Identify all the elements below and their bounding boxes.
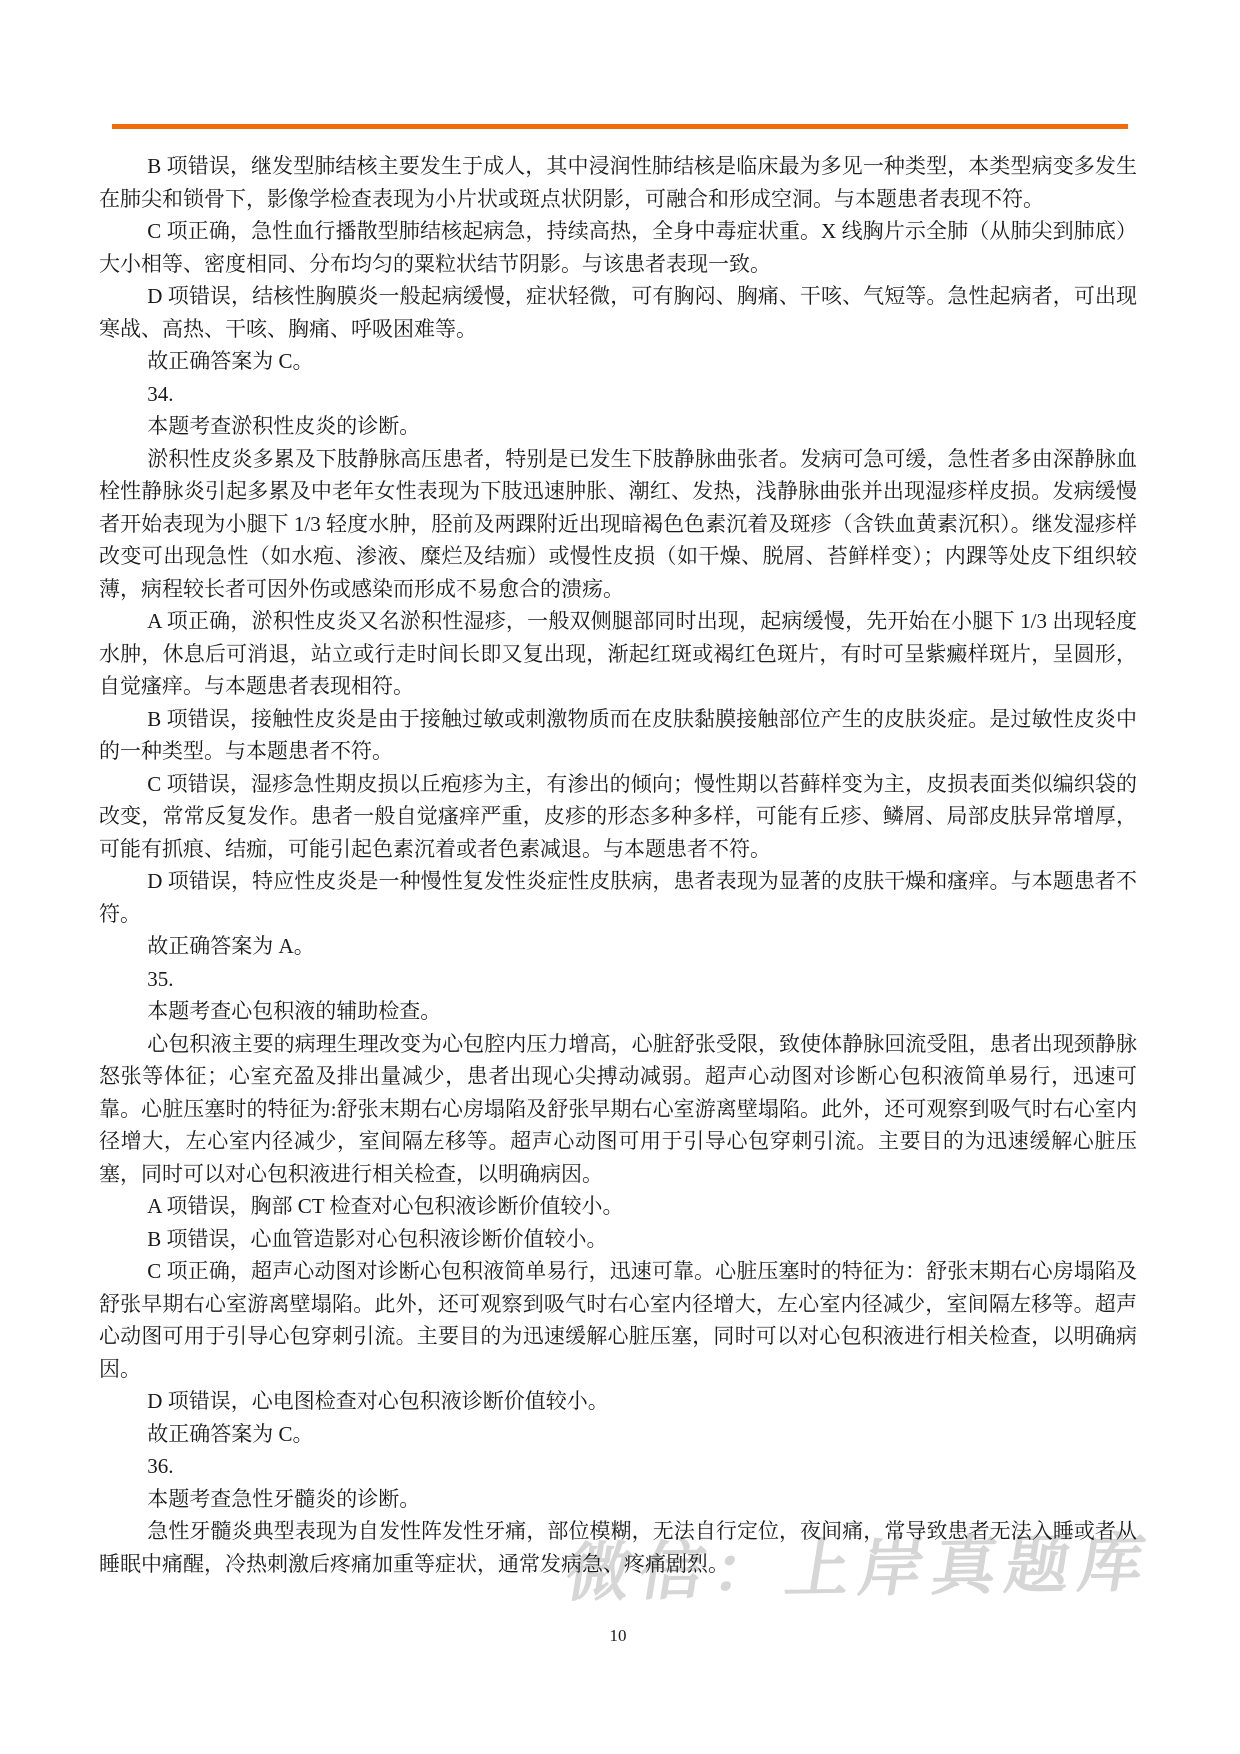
paragraph: 34. bbox=[99, 378, 1137, 411]
paragraph: 本题考查心包积液的辅助检查。 bbox=[99, 995, 1137, 1028]
paragraph: C 项正确，超声心动图对诊断心包积液简单易行，迅速可靠。心脏压塞时的特征为：舒张… bbox=[99, 1255, 1137, 1385]
paragraph: 36. bbox=[99, 1450, 1137, 1483]
paragraph: 故正确答案为 C。 bbox=[99, 345, 1137, 378]
paragraph: 本题考查急性牙髓炎的诊断。 bbox=[99, 1483, 1137, 1516]
paragraph: 35. bbox=[99, 963, 1137, 996]
paragraph: D 项错误，心电图检查对心包积液诊断价值较小。 bbox=[99, 1385, 1137, 1418]
paragraph: D 项错误，特应性皮炎是一种慢性复发性炎症性皮肤病，患者表现为显著的皮肤干燥和瘙… bbox=[99, 865, 1137, 930]
answer-explanations: B 项错误，继发型肺结核主要发生于成人，其中浸润性肺结核是临床最为多见一种类型，… bbox=[99, 150, 1137, 1580]
paragraph: B 项错误，继发型肺结核主要发生于成人，其中浸润性肺结核是临床最为多见一种类型，… bbox=[99, 150, 1137, 215]
paragraph: D 项错误，结核性胸膜炎一般起病缓慢，症状轻微，可有胸闷、胸痛、干咳、气短等。急… bbox=[99, 280, 1137, 345]
paragraph: 本题考查淤积性皮炎的诊断。 bbox=[99, 410, 1137, 443]
paragraph: C 项错误，湿疹急性期皮损以丘疱疹为主，有渗出的倾向；慢性期以苔藓样变为主，皮损… bbox=[99, 768, 1137, 866]
paragraph: 心包积液主要的病理生理改变为心包腔内压力增高，心脏舒张受限，致使体静脉回流受阻，… bbox=[99, 1028, 1137, 1191]
paragraph: B 项错误，心血管造影对心包积液诊断价值较小。 bbox=[99, 1223, 1137, 1256]
paragraph: 故正确答案为 C。 bbox=[99, 1418, 1137, 1451]
paragraph: 急性牙髓炎典型表现为自发性阵发性牙痛，部位模糊，无法自行定位，夜间痛，常导致患者… bbox=[99, 1515, 1137, 1580]
paragraph: A 项正确，淤积性皮炎又名淤积性湿疹，一般双侧腿部同时出现，起病缓慢，先开始在小… bbox=[99, 605, 1137, 703]
paragraph: 故正确答案为 A。 bbox=[99, 930, 1137, 963]
paragraph: C 项正确，急性血行播散型肺结核起病急，持续高热，全身中毒症状重。X 线胸片示全… bbox=[99, 215, 1137, 280]
document-page: 微信：上岸真题库 B 项错误，继发型肺结核主要发生于成人，其中浸润性肺结核是临床… bbox=[0, 0, 1240, 1754]
page-number: 10 bbox=[99, 1626, 1137, 1646]
paragraph: B 项错误，接触性皮炎是由于接触过敏或刺激物质而在皮肤黏膜接触部位产生的皮肤炎症… bbox=[99, 703, 1137, 768]
paragraph: 淤积性皮炎多累及下肢静脉高压患者，特别是已发生下肢静脉曲张者。发病可急可缓，急性… bbox=[99, 443, 1137, 606]
paragraph: A 项错误，胸部 CT 检查对心包积液诊断价值较小。 bbox=[99, 1190, 1137, 1223]
header-rule-divider bbox=[112, 124, 1128, 129]
